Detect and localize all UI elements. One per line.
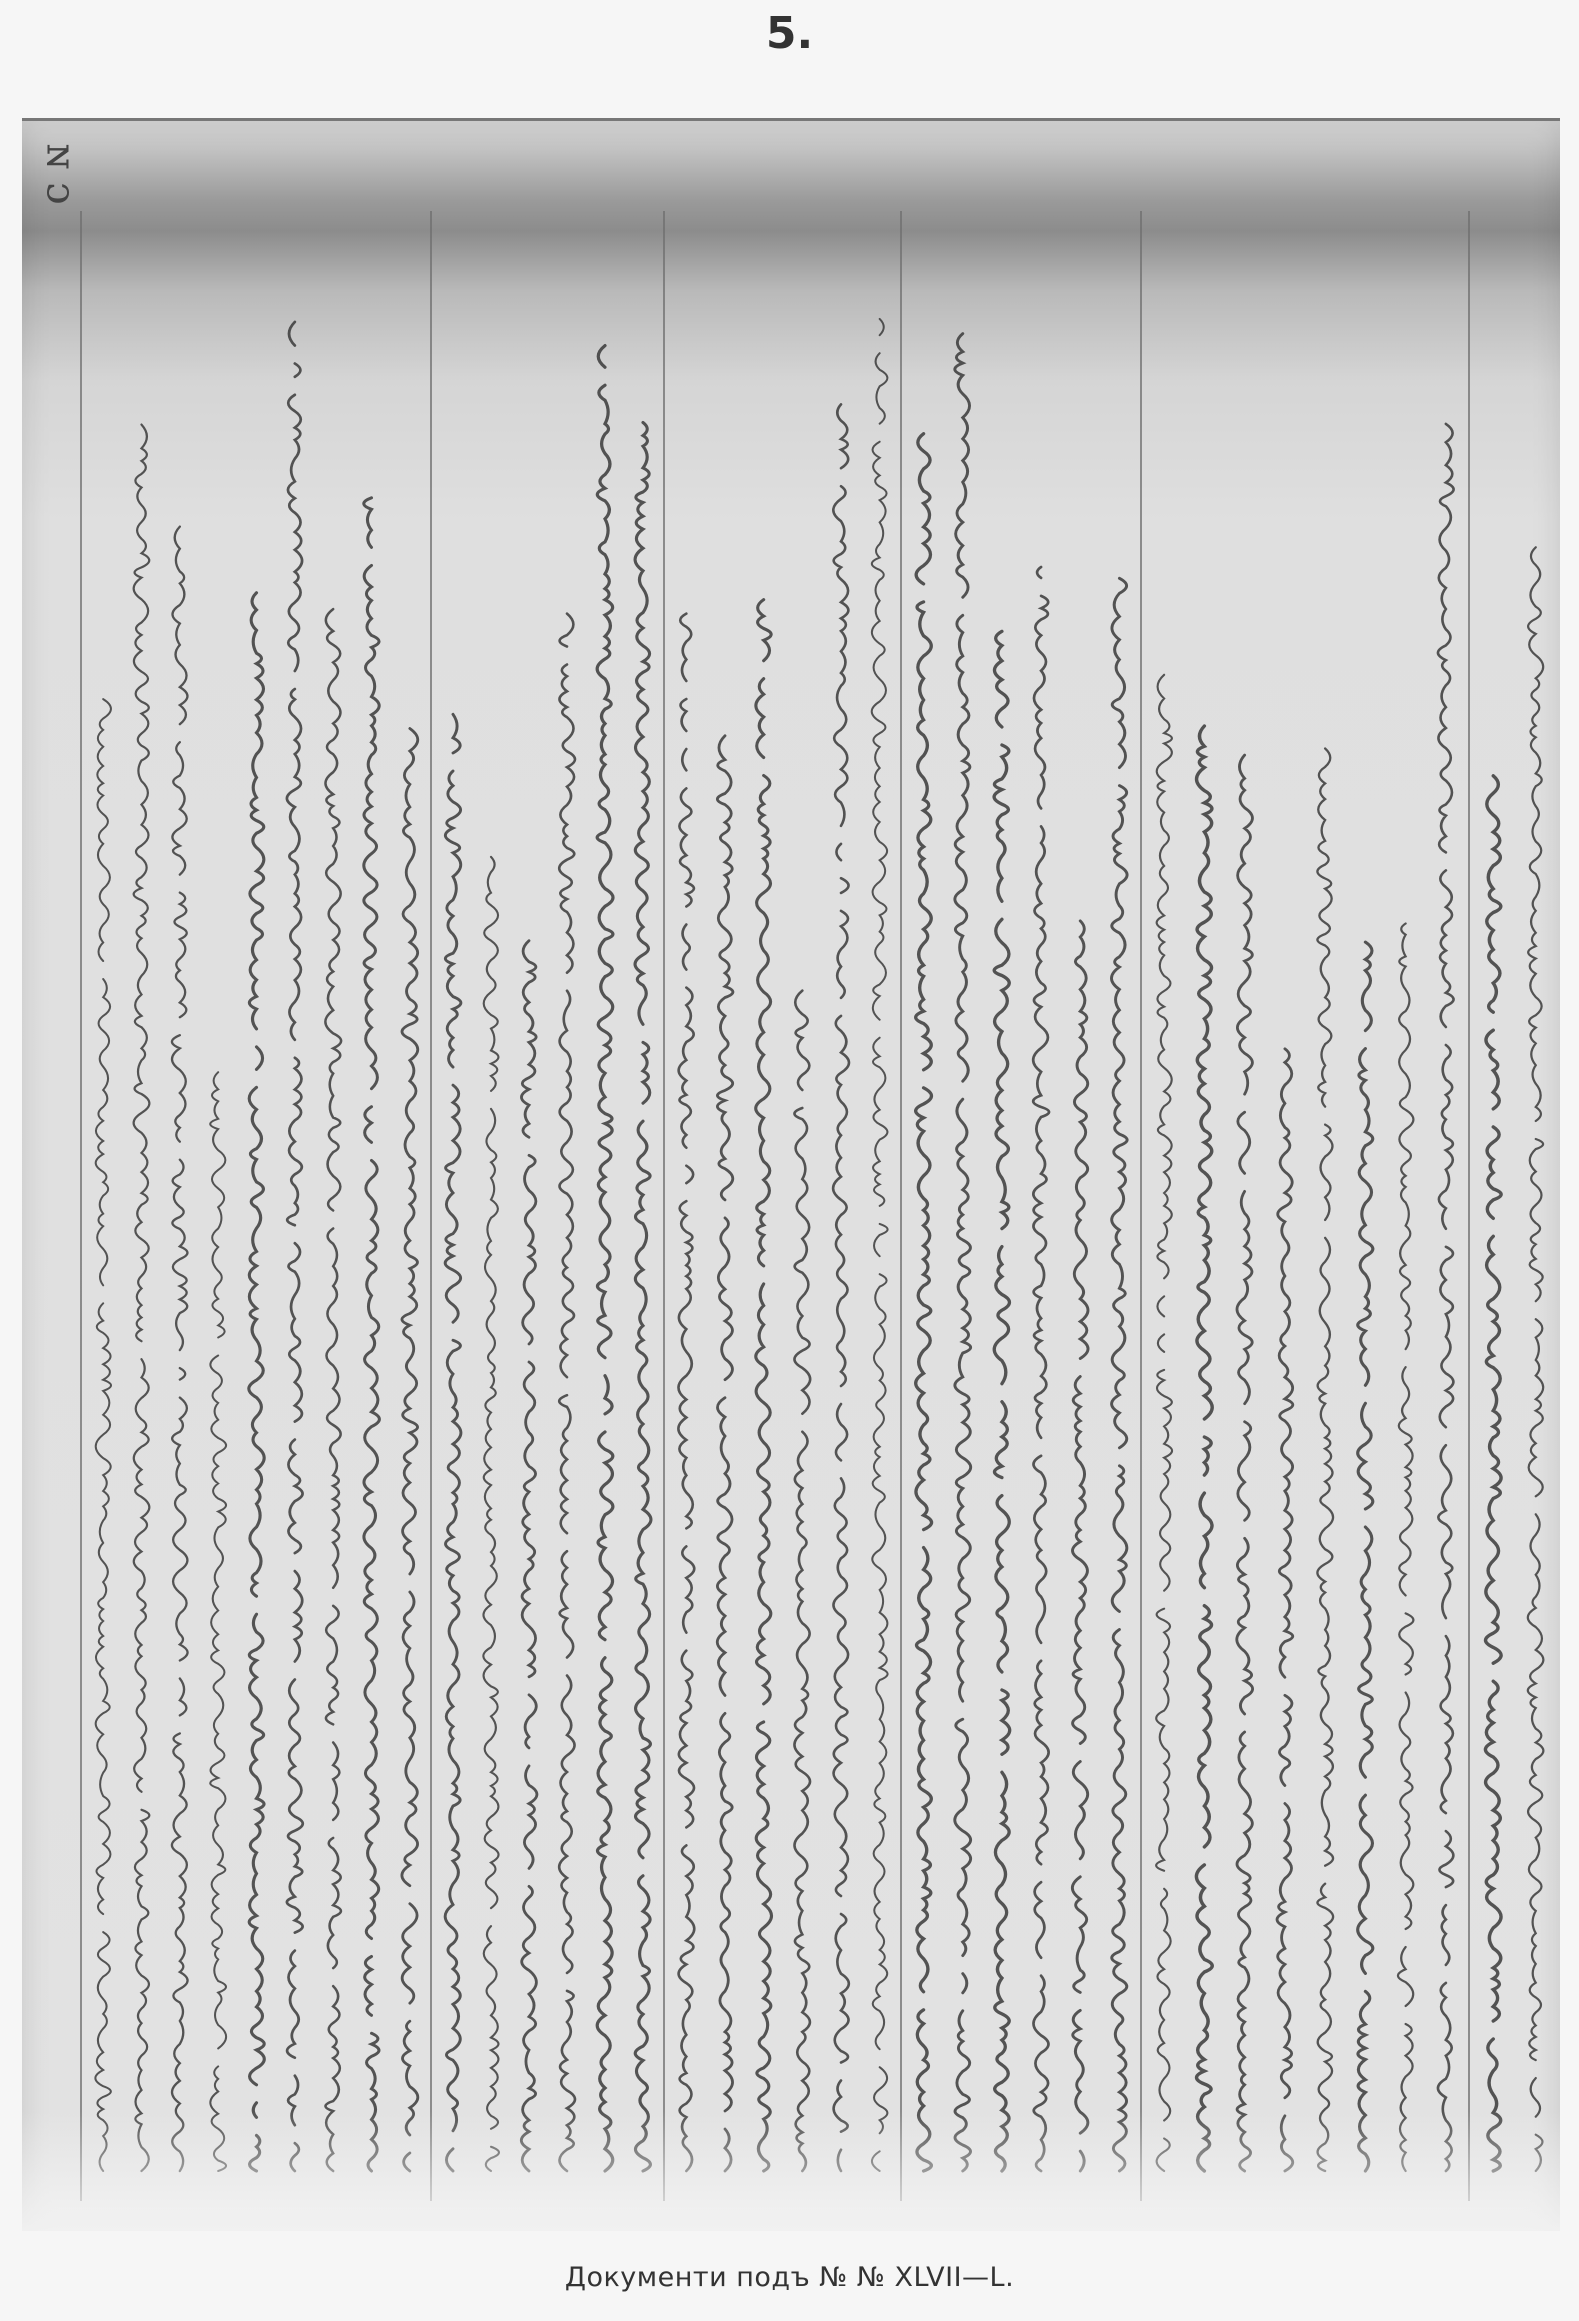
column-rule: [80, 211, 82, 2201]
column-rule: [663, 211, 665, 2201]
handwriting-column-3: [667, 241, 899, 2181]
handwriting-column-4: [904, 241, 1139, 2181]
handwriting-scribble: [84, 241, 429, 2181]
handwriting-column-5: [1144, 241, 1466, 2181]
handwriting-scribble: [434, 241, 662, 2181]
handwriting-scribble: [1144, 241, 1466, 2181]
handwriting-column-1: [84, 241, 429, 2181]
column-rule: [1468, 211, 1470, 2201]
margin-mark: ɴ ɔ: [37, 144, 83, 205]
column-rule: [1140, 211, 1142, 2201]
handwriting-scribble: [1472, 241, 1557, 2181]
column-rule: [430, 211, 432, 2201]
handwriting-column-2: [434, 241, 662, 2181]
figure-caption: Документи подъ № № XLVII—L.: [0, 2262, 1579, 2293]
column-rule: [900, 211, 902, 2201]
page-number: 5.: [0, 8, 1579, 59]
handwriting-column-6: [1472, 241, 1557, 2181]
manuscript-plate: ɴ ɔ: [22, 118, 1560, 2231]
handwriting-scribble: [904, 241, 1139, 2181]
handwriting-scribble: [667, 241, 899, 2181]
